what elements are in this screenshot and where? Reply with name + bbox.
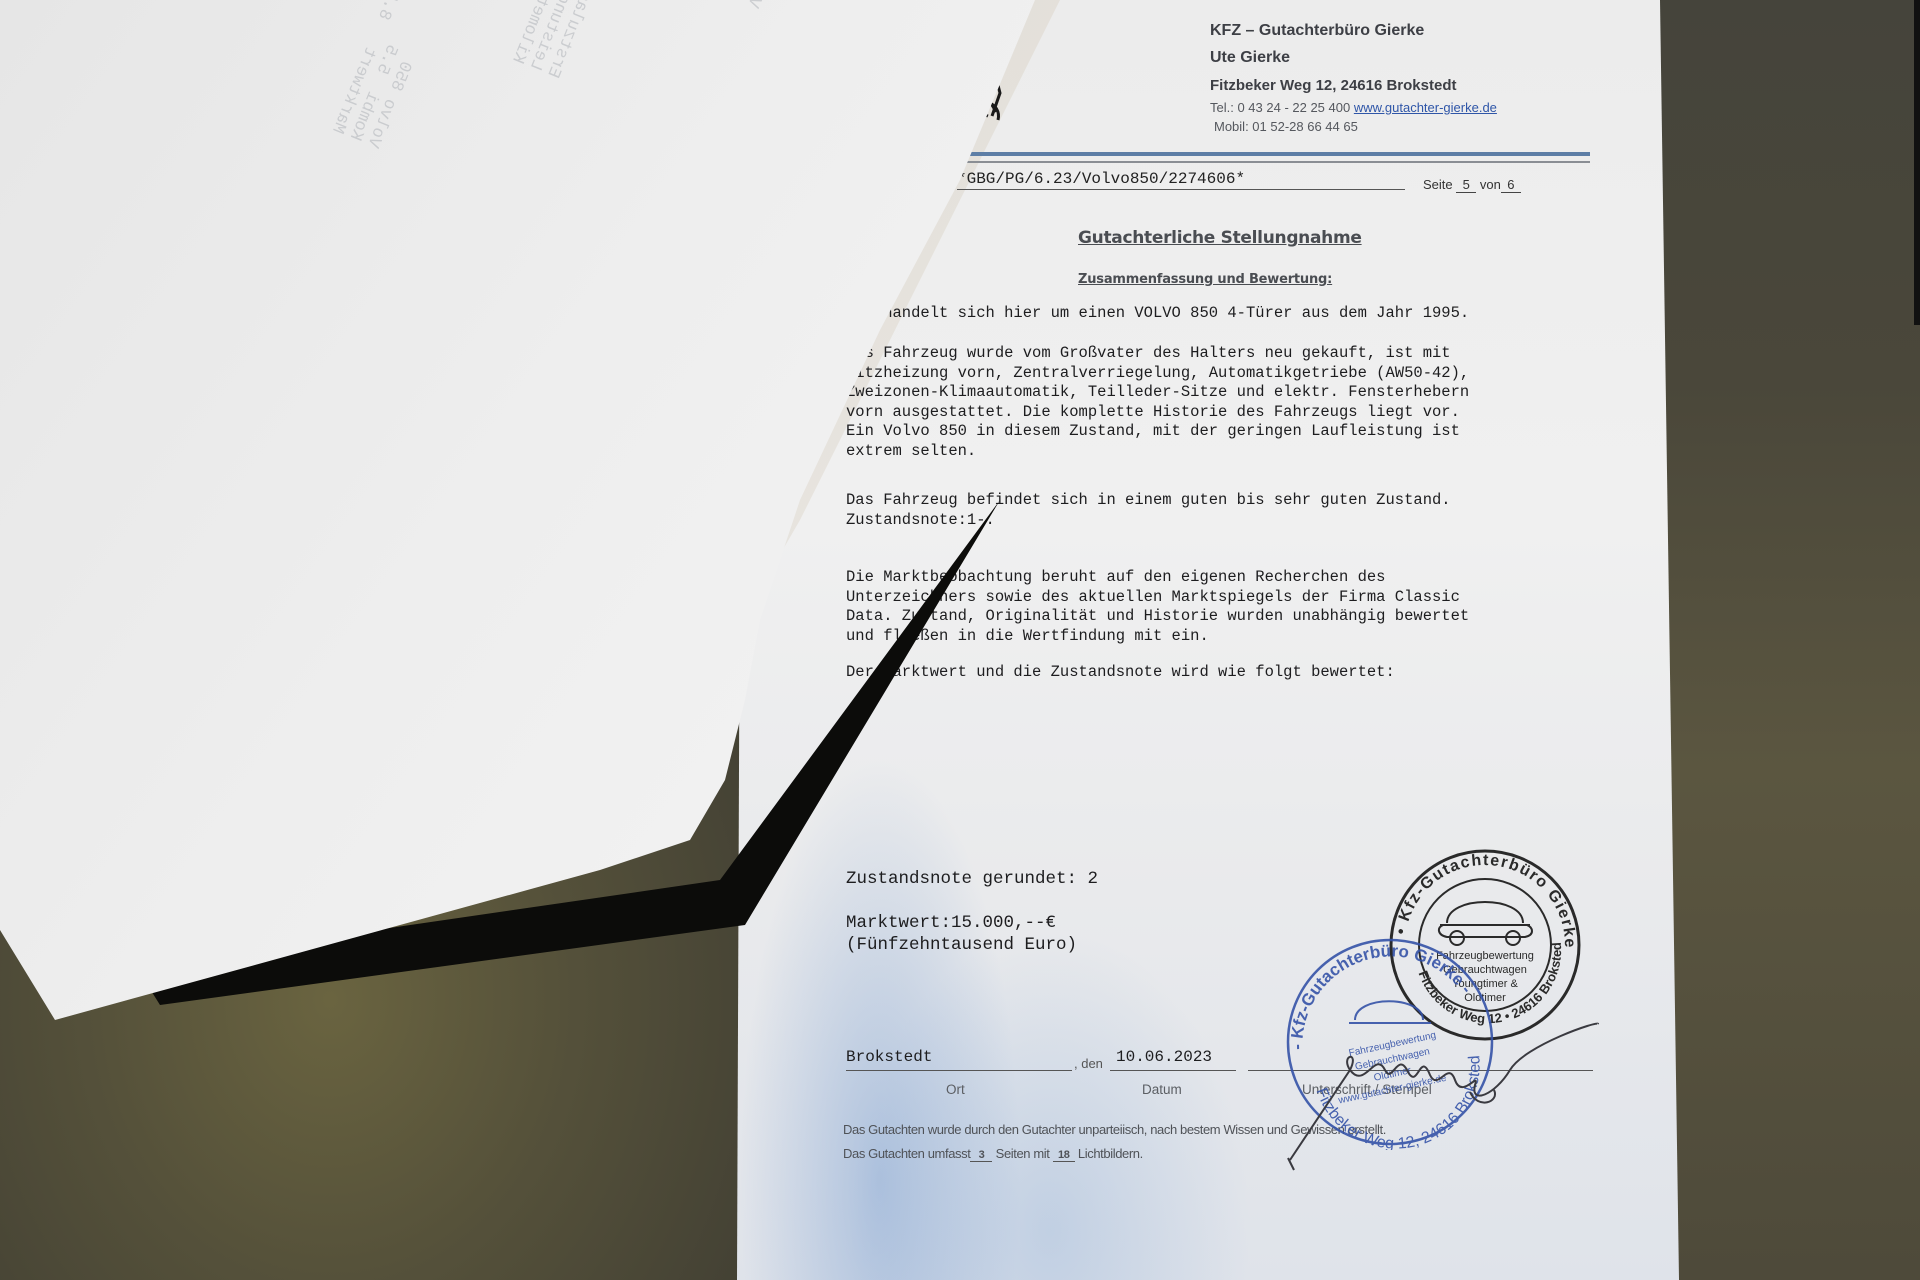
place-field: Brokstedt — [846, 1048, 1072, 1071]
footer-photos: 18 — [1053, 1149, 1075, 1162]
desk-surface — [1660, 0, 1920, 1280]
document-title: Gutachterliche Stellungnahme — [1078, 228, 1362, 248]
date-field: 10.06.2023 — [1110, 1048, 1236, 1071]
phone-line: Tel.: 0 43 24 - 22 25 400 www.gutachter-… — [1210, 100, 1497, 115]
date-caption: Datum — [1142, 1082, 1182, 1097]
footer-suffix: Lichtbildern. — [1078, 1146, 1143, 1161]
document-subtitle: Zusammenfassung und Bewertung: — [1078, 272, 1332, 287]
page-of-label: von — [1480, 177, 1501, 192]
footer-page-count: Das Gutachten umfasst3 Seiten mit 18 Lic… — [843, 1146, 1143, 1162]
company-name: KFZ – Gutachterbüro Gierke — [1210, 22, 1424, 40]
page-total: 6 — [1501, 177, 1521, 193]
paragraph-valuation-intro: Der Marktwert und die Zustandsnote wird … — [846, 663, 1395, 683]
date-prefix: , den — [1074, 1056, 1103, 1071]
page-label: Seite — [1423, 177, 1453, 192]
market-value: Marktwert:15.000,--€ — [846, 912, 1056, 934]
footer-mid: Seiten mit — [996, 1146, 1050, 1161]
header-divider-thin — [910, 161, 1590, 163]
reference-number: *GBG/PG/6.23/Volvo850/2274606* — [957, 170, 1405, 190]
market-value-words: (Fünfzehntausend Euro) — [846, 934, 1077, 956]
place-caption: Ort — [946, 1082, 965, 1097]
website-link[interactable]: www.gutachter-gierke.de — [1354, 100, 1497, 115]
company-address: Fitzbeker Weg 12, 24616 Brokstedt — [1210, 77, 1457, 94]
phone-number: Tel.: 0 43 24 - 22 25 400 — [1210, 100, 1350, 115]
paragraph-equipment: Das Fahrzeug wurde vom Großvater des Hal… — [846, 344, 1469, 461]
date-value: 10.06.2023 — [1110, 1048, 1212, 1066]
page-number: Seite 5 von6 — [1423, 177, 1521, 193]
mobile-number: Mobil: 01 52-28 66 44 65 — [1214, 119, 1358, 134]
paragraph-condition: Das Fahrzeug befindet sich in einem gute… — [846, 491, 1451, 530]
place-value: Brokstedt — [846, 1048, 932, 1066]
owner-name: Ute Gierke — [1210, 49, 1290, 67]
rating-rounded: Zustandsnote gerundet: 2 — [846, 868, 1098, 890]
footer-prefix: Das Gutachten umfasst — [843, 1146, 970, 1161]
object-edge — [1914, 0, 1920, 325]
paragraph-intro: *Es handelt sich hier um einen VOLVO 850… — [846, 304, 1469, 324]
footer-pages: 3 — [970, 1149, 992, 1162]
header-divider — [914, 152, 1590, 156]
page-current: 5 — [1456, 177, 1476, 193]
handwritten-signature — [1280, 1010, 1610, 1180]
paragraph-market: Die Marktbeobachtung beruht auf den eige… — [846, 568, 1469, 646]
